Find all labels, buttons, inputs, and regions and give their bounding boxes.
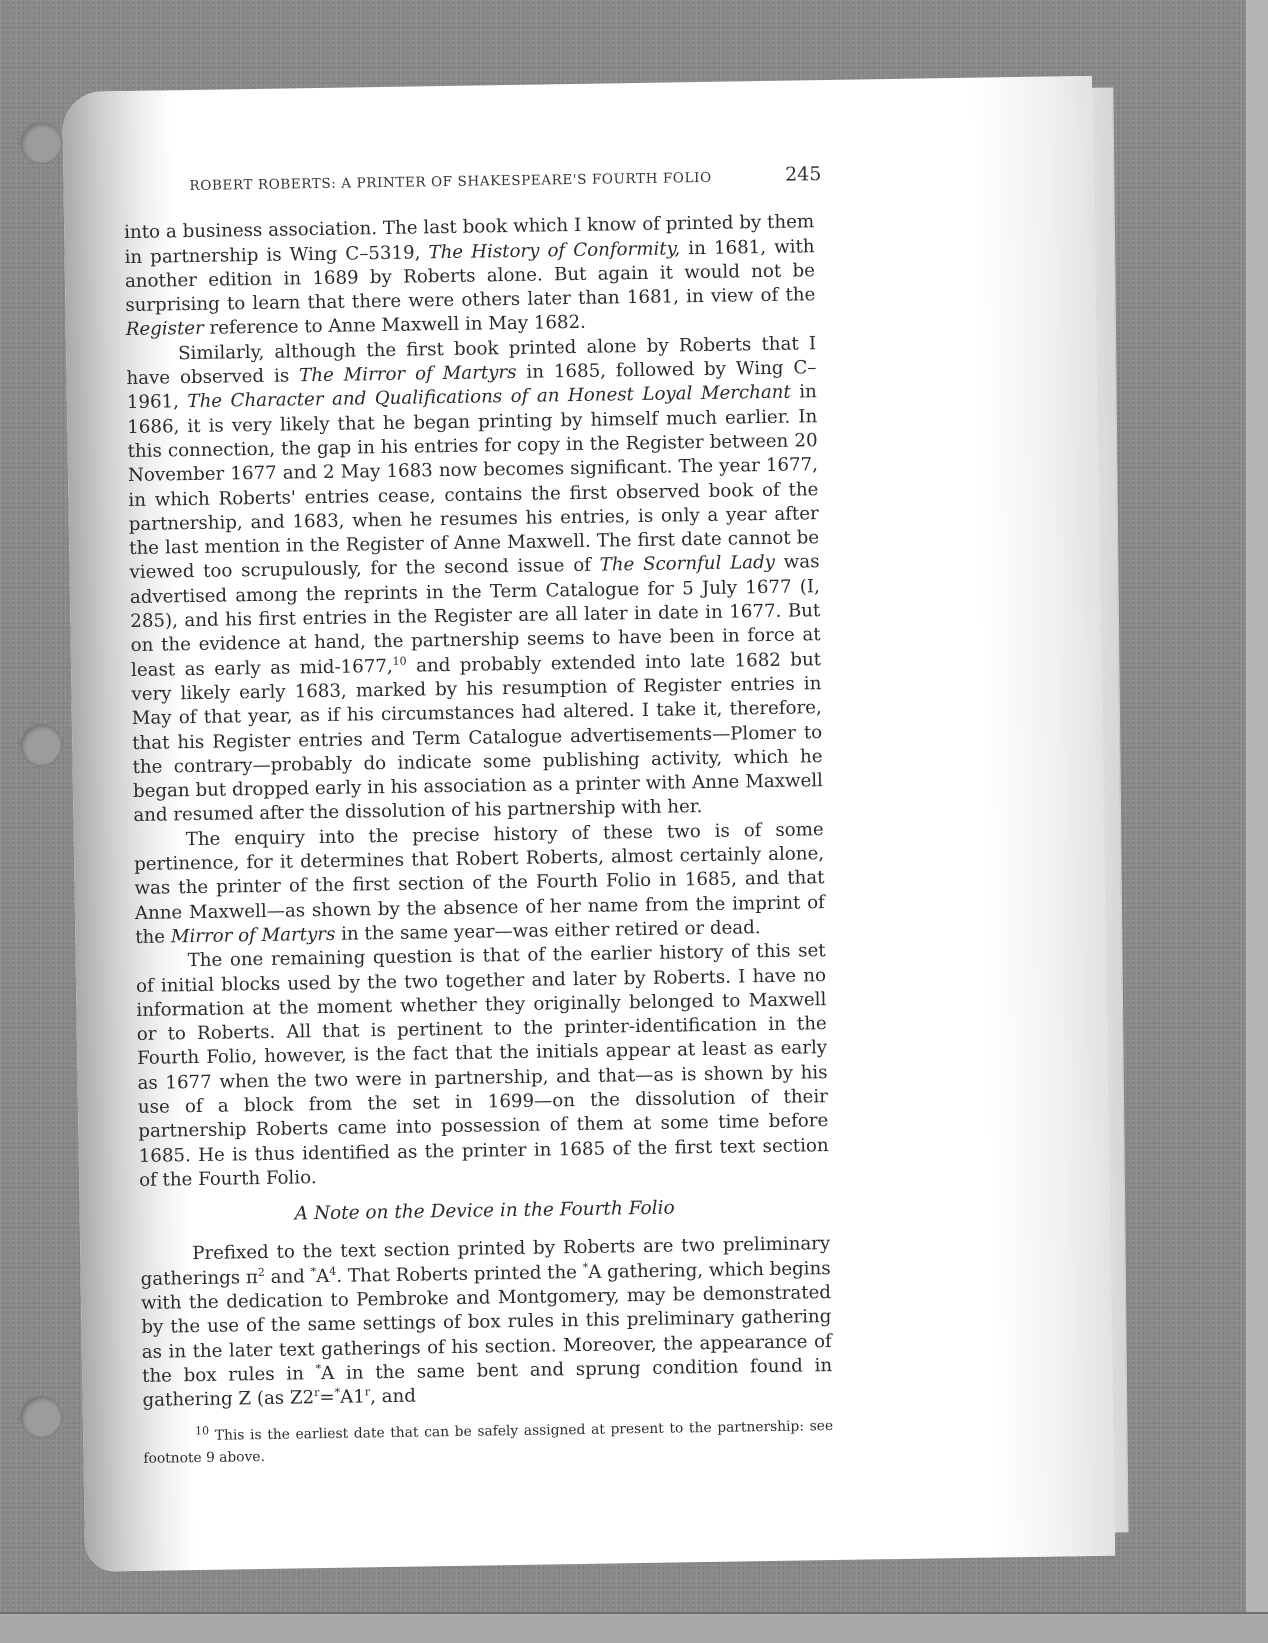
paragraph-p2: Similarly, although the first book print… bbox=[126, 332, 824, 829]
page-content: ROBERT ROBERTS: A PRINTER OF SHAKESPEARE… bbox=[123, 162, 833, 1469]
text-run: The one remaining question is that of th… bbox=[136, 940, 829, 1190]
page-curl-shadow-right bbox=[972, 76, 1115, 1558]
text-run: , and bbox=[370, 1386, 416, 1408]
text-run: A1 bbox=[340, 1387, 365, 1408]
body-text: into a business association. The last bo… bbox=[124, 211, 829, 1194]
superscript: 10 bbox=[393, 654, 407, 667]
text-run: and bbox=[265, 1266, 311, 1288]
italic-title: The History of Conformity, bbox=[428, 238, 680, 263]
binder-hole-middle bbox=[20, 724, 62, 766]
text-run: A bbox=[316, 1266, 329, 1287]
paragraph-p3: The enquiry into the precise history of … bbox=[134, 818, 826, 950]
binder-hole-top bbox=[20, 122, 62, 164]
footnote-marker: 10 bbox=[195, 1424, 209, 1437]
footnote: 10 This is the earliest date that can be… bbox=[143, 1415, 834, 1470]
page-number: 245 bbox=[785, 162, 822, 187]
italic-title: The Scornful Lady bbox=[600, 552, 776, 576]
binder-hole-bottom bbox=[20, 1396, 62, 1438]
paragraph-p4: The one remaining question is that of th… bbox=[135, 939, 829, 1193]
running-title: ROBERT ROBERTS: A PRINTER OF SHAKESPEARE… bbox=[189, 166, 712, 198]
footnote-text: This is the earliest date that can be sa… bbox=[143, 1418, 833, 1467]
italic-title: Mirror of Martyrs bbox=[171, 924, 336, 948]
text-run: reference to Anne Maxwell in May 1682. bbox=[204, 312, 586, 339]
section-heading: A Note on the Device in the Fourth Folio bbox=[139, 1194, 829, 1229]
running-head: ROBERT ROBERTS: A PRINTER OF SHAKESPEARE… bbox=[189, 162, 813, 198]
paragraph-p5: Prefixed to the text section printed by … bbox=[140, 1233, 833, 1414]
section-body: Prefixed to the text section printed by … bbox=[140, 1233, 833, 1414]
italic-title: Register bbox=[126, 318, 204, 340]
scanner-edge-bottom bbox=[0, 1612, 1268, 1643]
italic-title: The Mirror of Martyrs bbox=[299, 362, 517, 386]
scanner-edge-right bbox=[1245, 0, 1268, 1643]
text-run: = bbox=[319, 1387, 335, 1408]
text-run: . That Roberts printed the bbox=[336, 1262, 583, 1287]
book-page: ROBERT ROBERTS: A PRINTER OF SHAKESPEARE… bbox=[62, 76, 1115, 1572]
paragraph-p1: into a business association. The last bo… bbox=[124, 211, 816, 343]
